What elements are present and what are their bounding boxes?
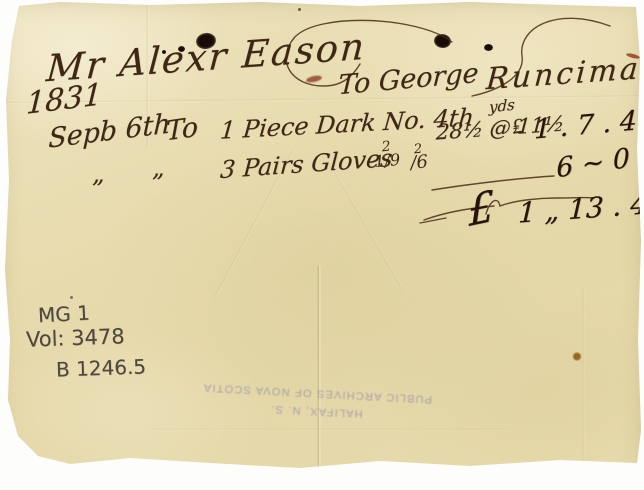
total-currency-mark: £ [467, 181, 495, 236]
entry-amount: 1 . 7 . 4 [534, 105, 637, 145]
crease-vertical-center [317, 266, 321, 470]
crease-vertical-right [582, 288, 585, 468]
glove-price-fraction-1: 2 1/9 [373, 141, 401, 169]
entry-description: 3 Pairs Gloves [219, 144, 393, 184]
entry-unit-superscript: yds [489, 96, 515, 117]
scanned-receipt: Mr Alexr Eason 1831 To George Runciman S… [0, 0, 644, 490]
entry-to-label: To [166, 112, 198, 148]
archival-mark-fonds: MG 1 [37, 301, 90, 328]
paper-sheet: Mr Alexr Eason 1831 To George Runciman S… [0, 0, 644, 490]
entry-to-ditto: „ [152, 154, 164, 182]
paper-speck [70, 296, 73, 299]
red-ink-smudge [306, 74, 323, 83]
glove-price-fraction-2: 2 /6 [409, 143, 429, 171]
ink-blot [433, 33, 452, 49]
crease-horizontal-bottom [150, 428, 510, 431]
entry-date-ditto: „ [92, 160, 104, 188]
year-label: 1831 [25, 77, 103, 122]
entry-amount: 6 ~ 0 [556, 143, 631, 184]
fraction-denominator: 1/9 [374, 153, 401, 169]
total-amount: 1 „ 13 . 4 [518, 187, 644, 229]
archives-stamp: HALIFAX, N. S. PUBLIC ARCHIVES OF NOVA S… [181, 377, 452, 426]
archival-mark-volume: Vol: 3478 [26, 324, 125, 351]
pound-strike-line-2 [420, 218, 446, 223]
archival-mark-item: B 1246.5 [56, 354, 147, 381]
crease-diagonal-right [327, 159, 405, 290]
ink-blot-small [484, 44, 493, 51]
paper-speck [298, 8, 301, 11]
fraction-denominator: /6 [410, 154, 429, 171]
brown-spot [572, 352, 582, 361]
credit-line-name: Runciman [485, 50, 644, 98]
